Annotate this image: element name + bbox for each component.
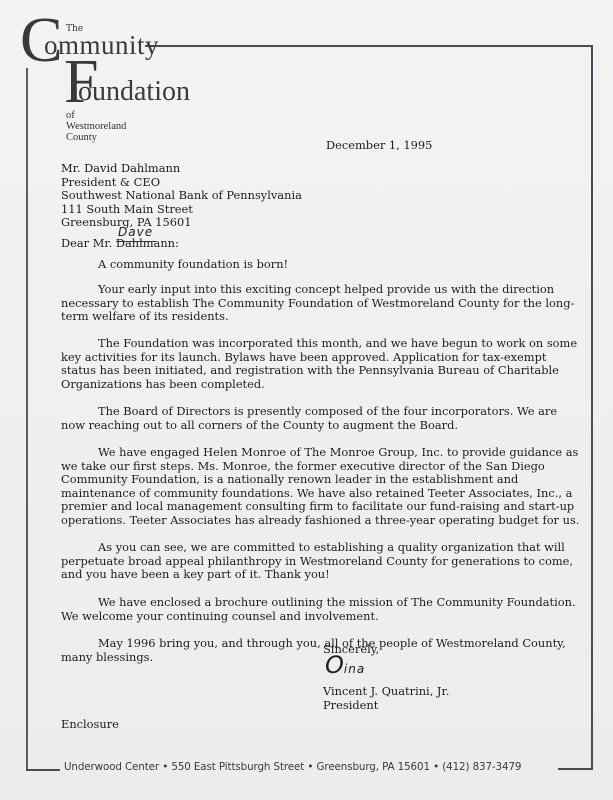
- body-line: As you can see, we are committed to esta…: [61, 541, 531, 555]
- body-line: perpetuate broad appeal philanthropy in …: [61, 555, 531, 569]
- letterhead-footer-address: Underwood Center • 550 East Pittsburgh S…: [64, 761, 521, 773]
- body-line: and you have been a key part of it. Than…: [61, 568, 531, 582]
- body-line: May 1996 bring you, and through you, all…: [61, 637, 531, 651]
- body-paragraph: May 1996 bring you, and through you, all…: [61, 637, 531, 664]
- body-line: We have engaged Helen Monroe of The Monr…: [61, 446, 531, 460]
- recipient-line: Greensburg, PA 15601: [61, 216, 302, 230]
- frame-right-rule: [591, 45, 593, 770]
- enclosure-note: Enclosure: [61, 718, 119, 732]
- body-line: we take our first steps. Ms. Monroe, the…: [61, 460, 531, 474]
- body-line: necessary to establish The Community Fou…: [61, 297, 531, 311]
- signer-title: President: [323, 698, 449, 712]
- body-line: A community foundation is born!: [61, 258, 531, 272]
- handwritten-signature: Oina: [325, 651, 365, 679]
- body-paragraph: A community foundation is born!: [61, 258, 531, 272]
- frame-bottom-left-rule: [26, 769, 60, 771]
- frame-top-rule: [145, 45, 593, 47]
- logo-subtitle: of Westmoreland County: [66, 110, 126, 143]
- body-line: now reaching out to all corners of the C…: [61, 419, 531, 433]
- salutation: Dear Mr. Dahlmann:: [61, 237, 179, 251]
- recipient-line: 111 South Main Street: [61, 203, 302, 217]
- body-paragraph: We have engaged Helen Monroe of The Monr…: [61, 446, 531, 528]
- body-paragraph: Your early input into this exciting conc…: [61, 283, 531, 324]
- body-line: Community Foundation, is a nationally re…: [61, 473, 531, 487]
- signer-name: Vincent J. Quatrini, Jr.: [323, 684, 449, 698]
- body-line: key activities for its launch. Bylaws ha…: [61, 351, 531, 365]
- logo-foundation: oundation: [78, 78, 190, 106]
- recipient-address: Mr. David Dahlmann President & CEO South…: [61, 162, 302, 230]
- recipient-line: Mr. David Dahlmann: [61, 162, 302, 176]
- body-line: The Foundation was incorporated this mon…: [61, 337, 531, 351]
- body-line: We have enclosed a brochure outlining th…: [61, 596, 531, 610]
- body-line: status has been initiated, and registrat…: [61, 364, 531, 378]
- recipient-line: President & CEO: [61, 176, 302, 190]
- body-line: many blessings.: [61, 651, 531, 665]
- body-paragraph: We have enclosed a brochure outlining th…: [61, 596, 531, 623]
- letter-page: C The ommunity F oundation of Westmorela…: [0, 0, 613, 800]
- letter-date: December 1, 1995: [326, 139, 432, 153]
- body-line: We welcome your continuing counsel and i…: [61, 610, 531, 624]
- body-line: maintenance of community foundations. We…: [61, 487, 531, 501]
- body-line: term welfare of its residents.: [61, 310, 531, 324]
- body-line: Your early input into this exciting conc…: [61, 283, 531, 297]
- signature-rest: ina: [344, 662, 365, 676]
- body-paragraph: The Board of Directors is presently comp…: [61, 405, 531, 432]
- signature-initial: O: [325, 651, 344, 679]
- recipient-line: Southwest National Bank of Pennsylvania: [61, 189, 302, 203]
- body-line: The Board of Directors is presently comp…: [61, 405, 531, 419]
- body-paragraph: The Foundation was incorporated this mon…: [61, 337, 531, 391]
- body-paragraph: As you can see, we are committed to esta…: [61, 541, 531, 582]
- body-line: Organizations has been completed.: [61, 378, 531, 392]
- frame-left-rule: [26, 68, 28, 771]
- logo-community: ommunity: [44, 32, 159, 59]
- frame-bottom-right-rule: [558, 768, 593, 770]
- body-line: operations. Teeter Associates has alread…: [61, 514, 531, 528]
- strikethrough-mark: [116, 241, 156, 242]
- body-line: premier and local management consulting …: [61, 500, 531, 514]
